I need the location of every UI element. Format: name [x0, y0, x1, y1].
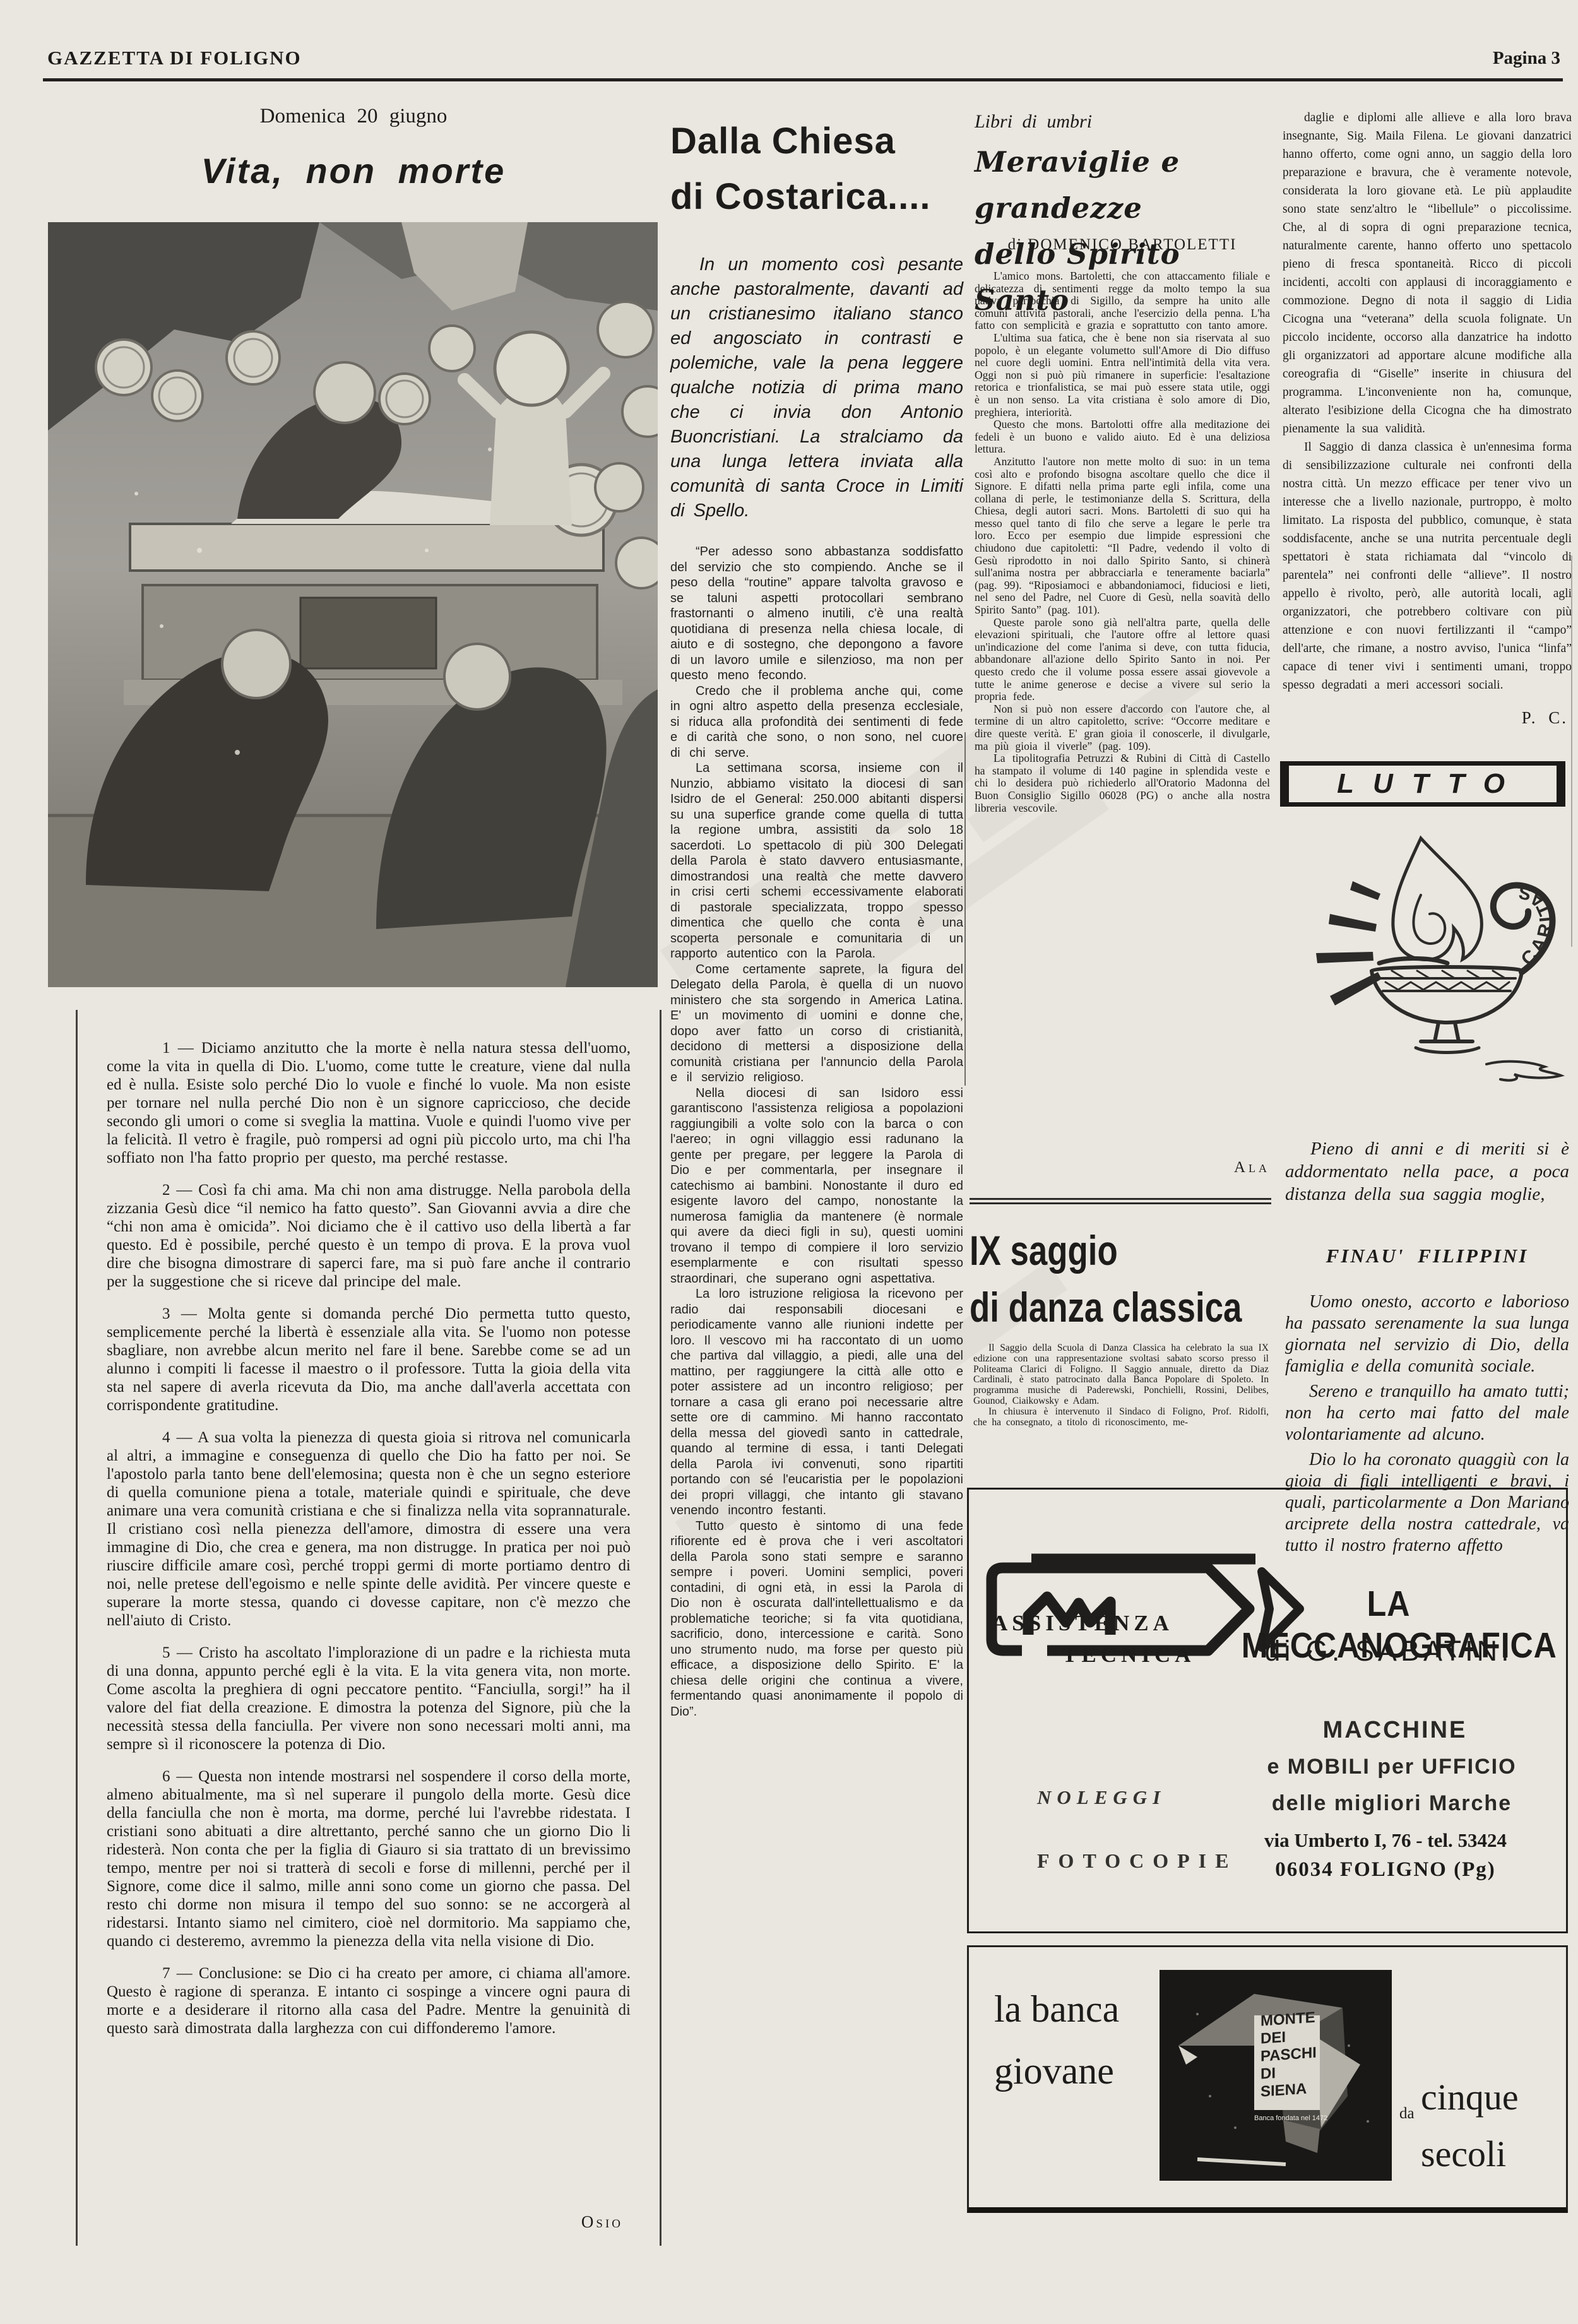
paragraph: Tutto questo è sintomo di una fede rifio… [670, 1519, 963, 1720]
paragraph: Non si può non essere d'accordo con l'au… [975, 703, 1270, 752]
meccanografica-ad: LA MECCANOGRAFICA di G. SABATINI ASSISTE… [967, 1488, 1568, 1933]
author-signature: Ala [975, 1159, 1270, 1177]
ad-products-line: MACCHINE [1259, 1717, 1531, 1744]
ad-service-fotocopie: FOTOCOPIE [1037, 1849, 1237, 1873]
logo-word: DEI [1261, 2029, 1286, 2048]
ad-slogan-line: giovane [994, 2049, 1114, 2093]
costarica-intro: In un momento così pesante anche pastora… [670, 252, 963, 523]
ad-service-tecnica: TECNICA [1062, 1642, 1195, 1668]
costarica-article-body: “Per adesso sono abbastanza soddisfatto … [670, 544, 963, 2305]
paragraph: La loro istruzione religiosa la ricevono… [670, 1286, 963, 1519]
main-article-body: 1 — Diciamo anzitutto che la morte è nel… [76, 1010, 661, 2246]
logo-word: DI [1261, 2065, 1276, 2083]
paragraph: 6 — Questa non intende mostrarsi nel sos… [107, 1767, 631, 1950]
title-line: di danza classica [970, 1279, 1272, 1336]
title-line: di Costarica.... [670, 169, 964, 225]
obituary-intro: Pieno di anni e di meriti si è addorment… [1285, 1137, 1569, 1206]
ad-slogan-small: da [1399, 2105, 1415, 2123]
danza-article-title: IX saggio di danza classica [970, 1222, 1272, 1336]
paragraph: 5 — Cristo ha ascoltato l'implorazione d… [107, 1644, 631, 1753]
paragraph: daglie e diplomi alle allieve e alla lor… [1283, 109, 1572, 438]
paragraph: Credo che il problema anche qui, come in… [670, 684, 963, 761]
page-number: Pagina 3 [1493, 48, 1560, 69]
ad-service-assistenza: ASSISTENZA [992, 1611, 1173, 1636]
section-divider-rule [970, 1198, 1271, 1204]
paragraph: 2 — Così fa chi ama. Ma chi non ama dist… [107, 1181, 631, 1291]
ad-address: via Umberto I, 76 - tel. 53424 [1221, 1829, 1550, 1852]
ad-city: 06034 FOLIGNO (Pg) [1221, 1858, 1550, 1882]
author-signature: Osio [581, 2212, 623, 2232]
ad-service-noleggi: NOLEGGI [1037, 1786, 1166, 1809]
title-line: Dalla Chiesa [670, 114, 964, 169]
paragraph: L'ultima sua fatica, che è bene non sia … [975, 332, 1270, 418]
paragraph: Sereno e tranquillo ha amato tutti; non … [1285, 1381, 1569, 1445]
costarica-article-title: Dalla Chiesa di Costarica.... [670, 114, 964, 225]
lutto-title: LUTTO [1322, 768, 1524, 800]
paragraph: La settimana scorsa, insieme con il Nunz… [670, 761, 963, 962]
danza-article-column-2: daglie e diplomi alle allieve e alla lor… [1283, 109, 1572, 705]
column-rule [1571, 555, 1572, 947]
section-kicker: Libri di umbri [975, 111, 1092, 133]
paragraph: Il Saggio di danza classica è un'ennesim… [1283, 438, 1572, 694]
paragraph: Uomo onesto, accorto e laborioso ha pass… [1285, 1291, 1569, 1377]
header-rule [43, 78, 1563, 81]
deceased-name: FINAU' FILIPPINI [1285, 1245, 1569, 1267]
paragraph: Nella diocesi di san Isidoro essi garant… [670, 1086, 963, 1287]
ad-slogan-line: cinque [1421, 2076, 1519, 2118]
paragraph: 1 — Diciamo anzitutto che la morte è nel… [107, 1039, 631, 1167]
ad-slogan-line: secoli [1421, 2133, 1506, 2175]
paragraph: L'amico mons. Bartoletti, che con attacc… [975, 270, 1270, 332]
caritas-lamp-icon: CARITAS [1297, 819, 1569, 1122]
paragraph: 3 — Molta gente si domanda perché Dio pe… [107, 1305, 631, 1414]
lutto-section-header: LUTTO [1280, 761, 1565, 807]
article-date: Domenica 20 giugno [47, 105, 660, 128]
danza-article-column-1: Il Saggio della Scuola di Danza Classica… [973, 1343, 1269, 1486]
paragraph: Il Saggio della Scuola di Danza Classica… [973, 1343, 1269, 1407]
paragraph: In chiusura è intervenuto il Sindaco di … [973, 1407, 1269, 1428]
author-signature: P. C. [1283, 708, 1568, 728]
title-line: IX saggio [970, 1222, 1272, 1279]
title-line: Meraviglie e grandezze [975, 139, 1270, 231]
ad-slogan-line: la banca [994, 1988, 1119, 2031]
main-article-title: Vita, non morte [47, 150, 660, 191]
masthead: GAZZETTA DI FOLIGNO [47, 47, 302, 69]
ad-products-line: delle migliori Marche [1234, 1791, 1550, 1816]
paragraph: In un momento così pesante anche pastora… [670, 252, 963, 523]
logo-word: SIENA [1261, 2080, 1307, 2101]
ad-products-line: e MOBILI per UFFICIO [1234, 1755, 1550, 1779]
paragraph: Queste parole sono già nell'altra parte,… [975, 617, 1270, 703]
byline: di DOMENICO BARTOLETTI [975, 236, 1270, 254]
newspaper-page: GAZZETTA DI FOLIGNO Pagina 3 Domenica 20… [0, 0, 1578, 2324]
paragraph: Anzitutto l'autore non mette molto di su… [975, 456, 1270, 617]
column-rule [964, 732, 966, 1086]
paragraph: “Per adesso sono abbastanza soddisfatto … [670, 544, 963, 684]
paragraph: Questo che mons. Bartolotti offre alla m… [975, 418, 1270, 456]
monte-paschi-logo-photo: MONTE DEI PASCHI DI SIENA Banca fondata … [1160, 1970, 1392, 2181]
ad-owner-name: di G. SABATINI [1221, 1635, 1556, 1668]
libri-article-body: L'amico mons. Bartoletti, che con attacc… [975, 270, 1270, 1153]
monte-paschi-ad: la banca giovane MONTE DEI PASCHI DI SIE… [967, 1945, 1568, 2213]
paragraph: 7 — Conclusione: se Dio ci ha creato per… [107, 1964, 631, 2037]
dormition-fresco-image [48, 222, 658, 987]
paragraph: Come certamente saprete, la figura del D… [670, 962, 963, 1086]
paragraph: La tipolitografia Petruzzi & Rubini di C… [975, 752, 1270, 814]
paragraph: 4 — A sua volta la pienezza di questa gi… [107, 1428, 631, 1630]
paragraph: Pieno di anni e di meriti si è addorment… [1285, 1137, 1569, 1206]
logo-caption: Banca fondata nel 1472 [1254, 2114, 1327, 2122]
